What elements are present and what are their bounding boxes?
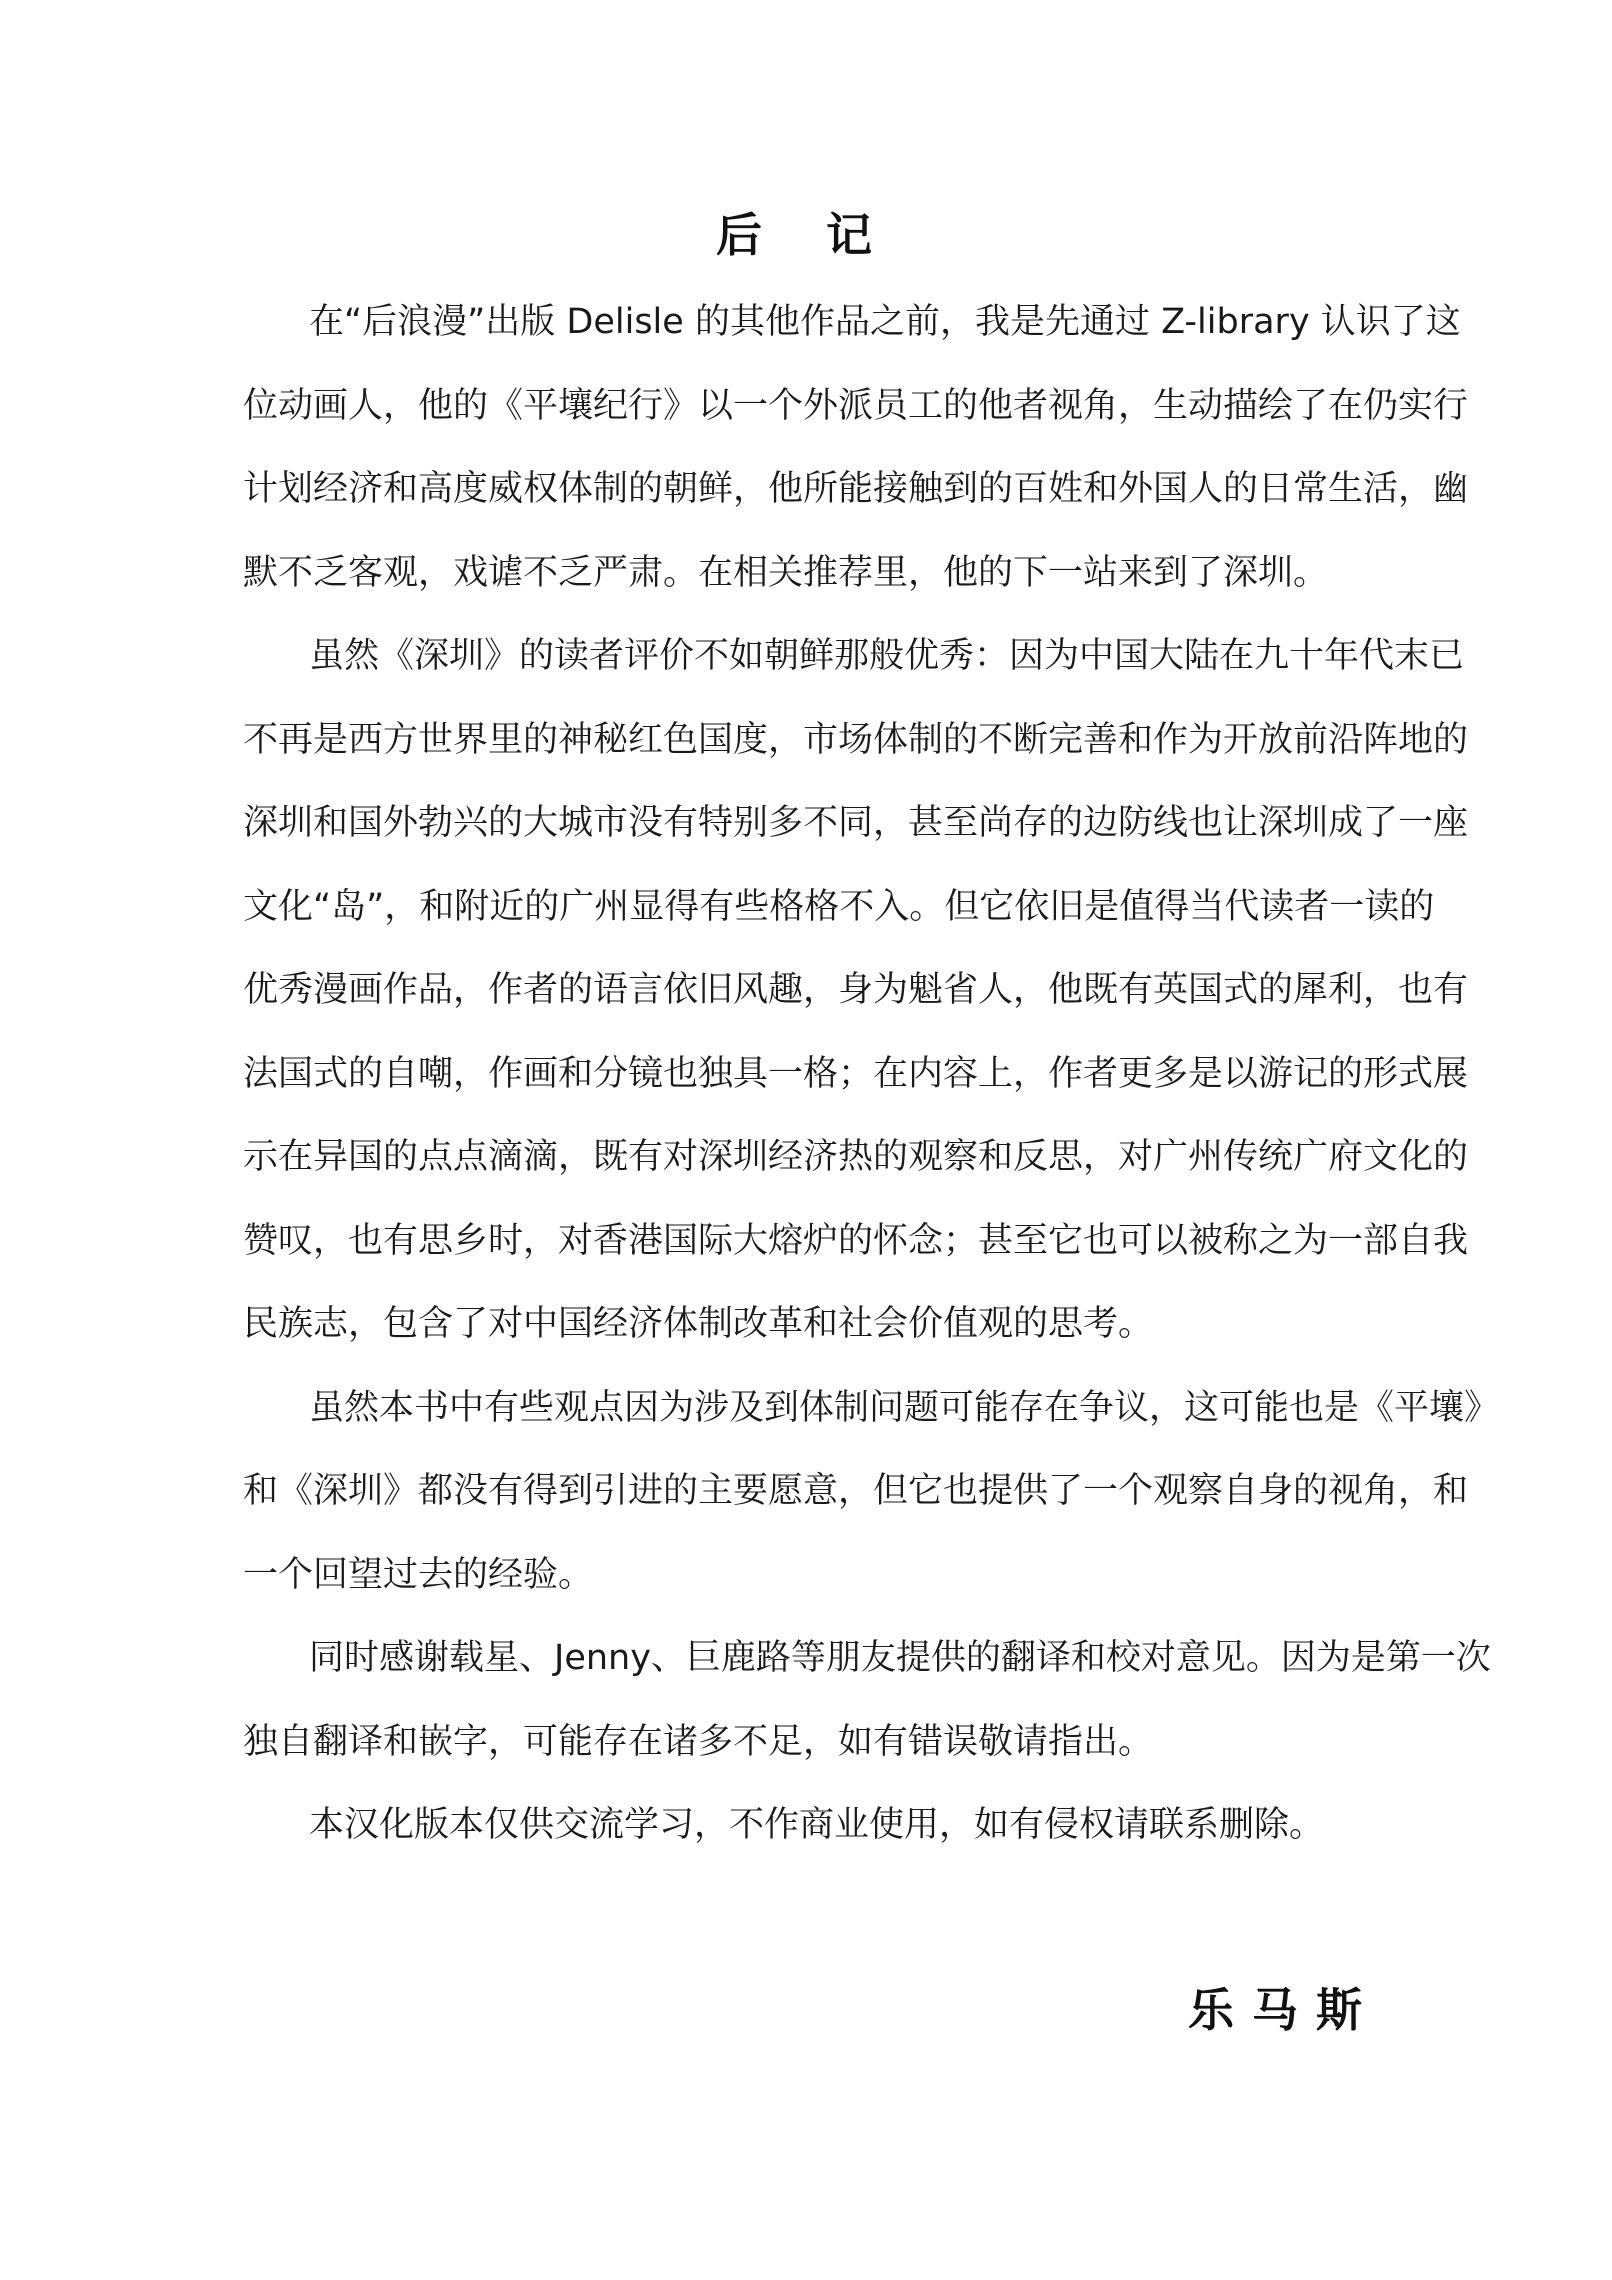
text-line: 在“后浪漫”出版 Delisle 的其他作品之前，我是先通过 Z-library… <box>243 292 1371 376</box>
text-line: 不再是西方世界里的神秘红色国度，市场体制的不断完善和作为开放前沿阵地的 <box>243 710 1371 794</box>
text-line: 法国式的自嘲，作画和分镜也独具一格；在内容上，作者更多是以游记的形式展 <box>243 1044 1371 1128</box>
page-title: 后 记 <box>0 205 1612 265</box>
text-line: 一个回望过去的经验。 <box>243 1545 1371 1629</box>
text-line: 同时感谢载星、Jenny、巨鹿路等朋友提供的翻译和校对意见。因为是第一次 <box>243 1628 1371 1712</box>
text-line: 优秀漫画作品，作者的语言依旧风趣，身为魁省人，他既有英国式的犀利，也有 <box>243 960 1371 1044</box>
text-line: 独自翻译和嵌字，可能存在诸多不足，如有错误敬请指出。 <box>243 1712 1371 1796</box>
text-line: 深圳和国外勃兴的大城市没有特别多不同，甚至尚存的边防线也让深圳成了一座 <box>243 793 1371 877</box>
text-line: 默不乏客观，戏谑不乏严肃。在相关推荐里，他的下一站来到了深圳。 <box>243 543 1371 627</box>
text-line: 计划经济和高度威权体制的朝鲜，他所能接触到的百姓和外国人的日常生活，幽 <box>243 459 1371 543</box>
text-line: 民族志，包含了对中国经济体制改革和社会价值观的思考。 <box>243 1294 1371 1378</box>
text-line: 虽然《深圳》的读者评价不如朝鲜那般优秀：因为中国大陆在九十年代末已 <box>243 626 1371 710</box>
text-line: 和《深圳》都没有得到引进的主要愿意，但它也提供了一个观察自身的视角，和 <box>243 1461 1371 1545</box>
text-line: 虽然本书中有些观点因为涉及到体制问题可能存在争议，这可能也是《平壤》 <box>243 1378 1371 1462</box>
text-line: 位动画人，他的《平壤纪行》以一个外派员工的他者视角，生动描绘了在仍实行 <box>243 376 1371 460</box>
text-line: 文化“岛”，和附近的广州显得有些格格不入。但它依旧是值得当代读者一读的 <box>243 877 1371 961</box>
afterword-body: 在“后浪漫”出版 Delisle 的其他作品之前，我是先通过 Z-library… <box>243 292 1371 1879</box>
author-signature: 乐马斯 <box>1180 1980 1380 2040</box>
text-line: 示在异国的点点滴滴，既有对深圳经济热的观察和反思，对广州传统广府文化的 <box>243 1127 1371 1211</box>
text-line: 赞叹，也有思乡时，对香港国际大熔炉的怀念；甚至它也可以被称之为一部自我 <box>243 1211 1371 1295</box>
text-line: 本汉化版本仅供交流学习，不作商业使用，如有侵权请联系删除。 <box>243 1795 1371 1879</box>
afterword-page: 后 记 在“后浪漫”出版 Delisle 的其他作品之前，我是先通过 Z-lib… <box>0 0 1612 2280</box>
